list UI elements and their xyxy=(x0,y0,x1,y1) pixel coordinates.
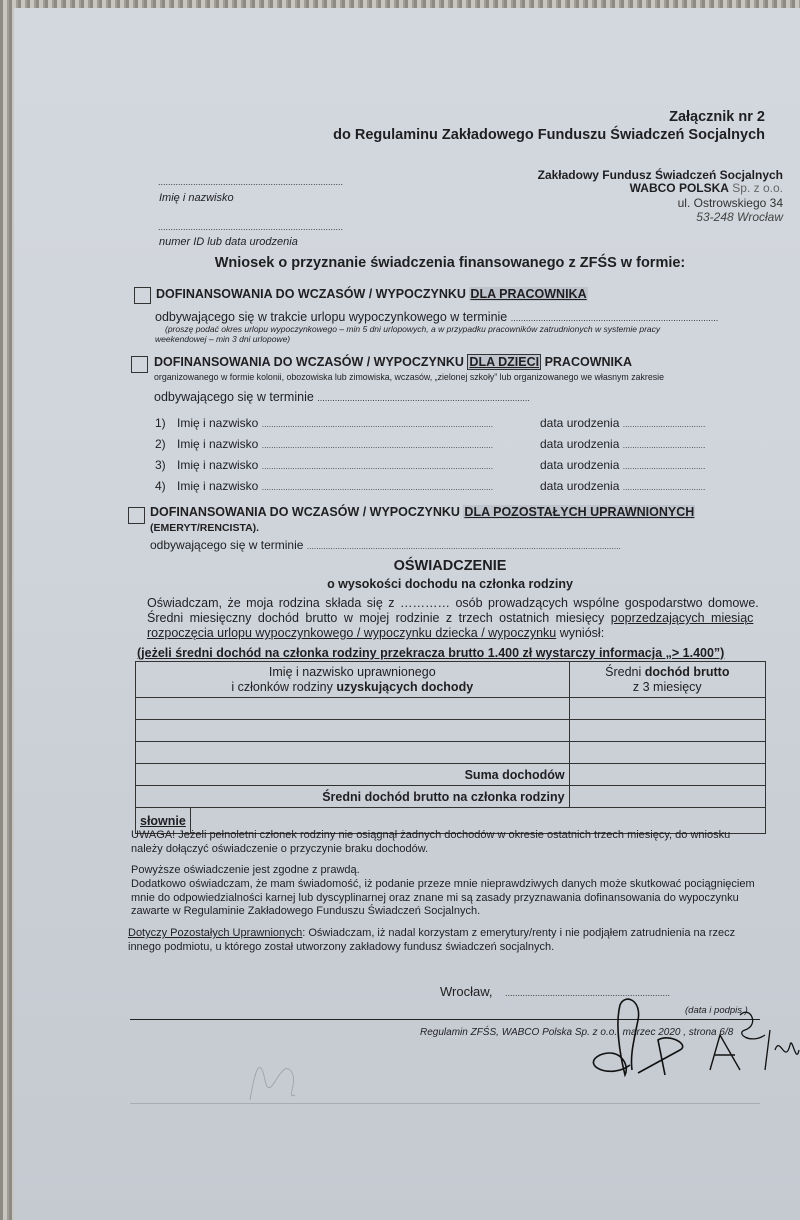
recipient-street: ul. Ostrowskiego 34 xyxy=(440,196,783,210)
option-employee-note-cont: weekendowej – min 3 dni urlopowe) xyxy=(155,334,290,344)
term-label: odbywającego się w terminie xyxy=(150,538,303,552)
table-row xyxy=(136,742,766,764)
child-number: 1) xyxy=(155,416,177,430)
option-title-highlight: DLA DZIECI xyxy=(467,354,541,370)
option-employee-term-field[interactable]: ........................................… xyxy=(511,313,719,323)
child-name-label: Imię i nazwisko xyxy=(177,479,258,493)
recipient-company: WABCO POLSKA Sp. z o.o. xyxy=(440,181,783,195)
retirees-statement: Dotyczy Pozostałych Uprawnionych: Oświad… xyxy=(128,927,735,939)
option-retirees-subtitle: (EMERYT/RENCISTA). xyxy=(150,522,259,534)
option-title-highlight: DLA POZOSTAŁYCH UPRAWNIONYCH xyxy=(463,505,695,519)
child-name-field[interactable]: ........................................… xyxy=(262,461,493,471)
member-income-cell[interactable] xyxy=(569,698,765,720)
average-label: Średni dochód brutto na członka rodziny xyxy=(136,786,570,808)
header-name-column: Imię i nazwisko uprawnionego i członków … xyxy=(136,662,570,698)
truth-statement: Powyższe oświadczenie jest zgodne z praw… xyxy=(131,864,360,876)
declaration-subtitle: o wysokości dochodu na członka rodziny xyxy=(130,577,770,591)
option-employee-checkbox[interactable] xyxy=(134,287,151,304)
header-income-line1: Średni dochód brutto xyxy=(574,665,761,680)
child-name-field[interactable]: ........................................… xyxy=(262,482,493,492)
option-employee-note: (proszę podać okres urlopu wypoczynkoweg… xyxy=(165,324,660,334)
warning-note-cont: należy dołączyć oświadczenie o przyczyni… xyxy=(131,843,428,855)
recipient-fund-name: Zakładowy Fundusz Świadczeń Socjalnych xyxy=(440,168,783,182)
child-dob-4: data urodzenia .........................… xyxy=(540,479,705,493)
option-employee-title: DOFINANSOWANIA DO WCZASÓW / WYPOCZYNKU D… xyxy=(156,287,588,301)
child-dob-field[interactable]: ................................... xyxy=(623,461,706,471)
option-title-prefix: DOFINANSOWANIA DO WCZASÓW / WYPOCZYNKU xyxy=(150,505,463,519)
retirees-text: : Oświadczam, iż nadal korzystam z emery… xyxy=(302,927,735,939)
child-dob-3: data urodzenia .........................… xyxy=(540,458,705,472)
option-children-term-field[interactable]: ........................................… xyxy=(317,393,530,403)
income-text: Średni miesięczny dochód brutto w mojej … xyxy=(147,611,611,625)
recipient-city: 53-248 Wrocław xyxy=(440,210,783,224)
table-row xyxy=(136,720,766,742)
child-name-field[interactable]: ........................................… xyxy=(262,440,493,450)
header-text-bold: uzyskujących dochody xyxy=(336,680,473,694)
option-retirees-term: odbywającego się w terminie ............… xyxy=(150,538,621,552)
option-title-highlight: DLA PRACOWNIKA xyxy=(469,287,587,301)
child-name-label: Imię i nazwisko xyxy=(177,437,258,451)
sum-row: Suma dochodów xyxy=(136,764,766,786)
warning-note: UWAGA! Jeżeli pełnoletni członek rodziny… xyxy=(131,829,730,841)
liability-statement-2: mnie do odpowiedzialności karnej lub dys… xyxy=(131,892,739,904)
term-label: odbywającego się w trakcie urlopu wypocz… xyxy=(155,310,507,324)
option-retirees-title: DOFINANSOWANIA DO WCZASÓW / WYPOCZYNKU D… xyxy=(150,505,695,519)
table-row xyxy=(136,698,766,720)
income-table: Imię i nazwisko uprawnionego i członków … xyxy=(135,661,766,834)
option-retirees-term-field[interactable]: ........................................… xyxy=(307,541,621,551)
child-dob-field[interactable]: ................................... xyxy=(623,419,706,429)
applicant-name-field[interactable]: ........................................… xyxy=(158,177,343,187)
declaration-family-size: Oświadczam, że moja rodzina składa się z… xyxy=(147,596,759,610)
average-row: Średni dochód brutto na członka rodziny xyxy=(136,786,766,808)
member-income-cell[interactable] xyxy=(569,720,765,742)
child-row-4: 4)Imię i nazwisko ......................… xyxy=(155,479,493,493)
child-number: 3) xyxy=(155,458,177,472)
handwritten-signature-icon xyxy=(570,995,800,1085)
average-value-cell[interactable] xyxy=(569,786,765,808)
option-children-title: DOFINANSOWANIA DO WCZASÓW / WYPOCZYNKU D… xyxy=(154,355,632,369)
declaration-income-line2: rozpoczęcia urlopu wypoczynkowego / wypo… xyxy=(147,626,604,640)
income-threshold-note: (jeżeli średni dochód na członka rodziny… xyxy=(137,646,724,660)
option-title-prefix: DOFINANSOWANIA DO WCZASÓW / WYPOCZYNKU xyxy=(156,287,469,301)
header-text-bold: dochód brutto xyxy=(645,665,730,679)
member-name-cell[interactable] xyxy=(136,698,570,720)
header-name-line1: Imię i nazwisko uprawnionego xyxy=(140,665,565,680)
recipient-company-name: WABCO POLSKA xyxy=(630,181,729,195)
applicant-id-label: numer ID lub data urodzenia xyxy=(159,236,298,248)
faint-bleedthrough-scribble-icon xyxy=(230,1050,320,1110)
child-dob-label: data urodzenia xyxy=(540,458,619,472)
income-text-end: wyniósł: xyxy=(556,626,604,640)
recipient-company-suffix: Sp. z o.o. xyxy=(729,181,783,195)
liability-statement-1: Dodatkowo oświadczam, że mam świadomość,… xyxy=(131,878,755,890)
child-number: 2) xyxy=(155,437,177,451)
child-row-1: 1)Imię i nazwisko ......................… xyxy=(155,416,493,430)
child-row-2: 2)Imię i nazwisko ......................… xyxy=(155,437,493,451)
child-name-field[interactable]: ........................................… xyxy=(262,419,493,429)
sum-value-cell[interactable] xyxy=(569,764,765,786)
declaration-income-line1: Średni miesięczny dochód brutto w mojej … xyxy=(147,611,753,625)
header-text: Średni xyxy=(605,665,645,679)
annex-number: Załącznik nr 2 xyxy=(500,109,765,125)
member-income-cell[interactable] xyxy=(569,742,765,764)
child-dob-2: data urodzenia .........................… xyxy=(540,437,705,451)
income-period-underlined: rozpoczęcia urlopu wypoczynkowego / wypo… xyxy=(147,626,556,640)
applicant-name-label: Imię i nazwisko xyxy=(159,192,234,204)
sum-label: Suma dochodów xyxy=(136,764,570,786)
faint-bleedthrough-line xyxy=(130,1103,760,1104)
income-text-underlined: poprzedzających miesiąc xyxy=(611,611,754,625)
option-retirees-checkbox[interactable] xyxy=(128,507,145,524)
option-children-checkbox[interactable] xyxy=(131,356,148,373)
header-name-line2: i członków rodziny uzyskujących dochody xyxy=(140,680,565,695)
retirees-statement-cont: innego podmiotu, u którego został utworz… xyxy=(128,941,554,953)
child-dob-field[interactable]: ................................... xyxy=(623,482,706,492)
member-name-cell[interactable] xyxy=(136,720,570,742)
option-children-subtitle: organizowanego w formie kolonii, obozowi… xyxy=(154,372,664,382)
liability-statement-3: zawarte w Regulaminie Zakładowego Fundus… xyxy=(131,905,480,917)
child-name-label: Imię i nazwisko xyxy=(177,416,258,430)
header-text: i członków rodziny xyxy=(231,680,336,694)
retirees-label: Dotyczy Pozostałych Uprawnionych xyxy=(128,927,302,939)
option-employee-term: odbywającego się w trakcie urlopu wypocz… xyxy=(155,310,718,324)
applicant-id-field[interactable]: ........................................… xyxy=(158,222,343,232)
child-dob-field[interactable]: ................................... xyxy=(623,440,706,450)
child-number: 4) xyxy=(155,479,177,493)
regulation-title: do Regulaminu Zakładowego Funduszu Świad… xyxy=(300,127,765,143)
child-row-3: 3)Imię i nazwisko ......................… xyxy=(155,458,493,472)
header-income-line2: z 3 miesięcy xyxy=(574,680,761,695)
declaration-title: OŚWIADCZENIE xyxy=(130,558,770,574)
option-children-term: odbywającego się w terminie ............… xyxy=(154,390,530,404)
child-dob-label: data urodzenia xyxy=(540,479,619,493)
signature-place: Wrocław, xyxy=(440,984,493,999)
child-dob-label: data urodzenia xyxy=(540,437,619,451)
header-income-column: Średni dochód brutto z 3 miesięcy xyxy=(569,662,765,698)
term-label: odbywającego się w terminie xyxy=(154,390,314,404)
income-table-header: Imię i nazwisko uprawnionego i członków … xyxy=(136,662,766,698)
member-name-cell[interactable] xyxy=(136,742,570,764)
option-title-prefix: DOFINANSOWANIA DO WCZASÓW / WYPOCZYNKU xyxy=(154,355,467,369)
option-title-suffix: PRACOWNIKA xyxy=(541,355,632,369)
form-title: Wniosek o przyznanie świadczenia finanso… xyxy=(130,255,770,271)
child-dob-label: data urodzenia xyxy=(540,416,619,430)
child-dob-1: data urodzenia .........................… xyxy=(540,416,705,430)
child-name-label: Imię i nazwisko xyxy=(177,458,258,472)
